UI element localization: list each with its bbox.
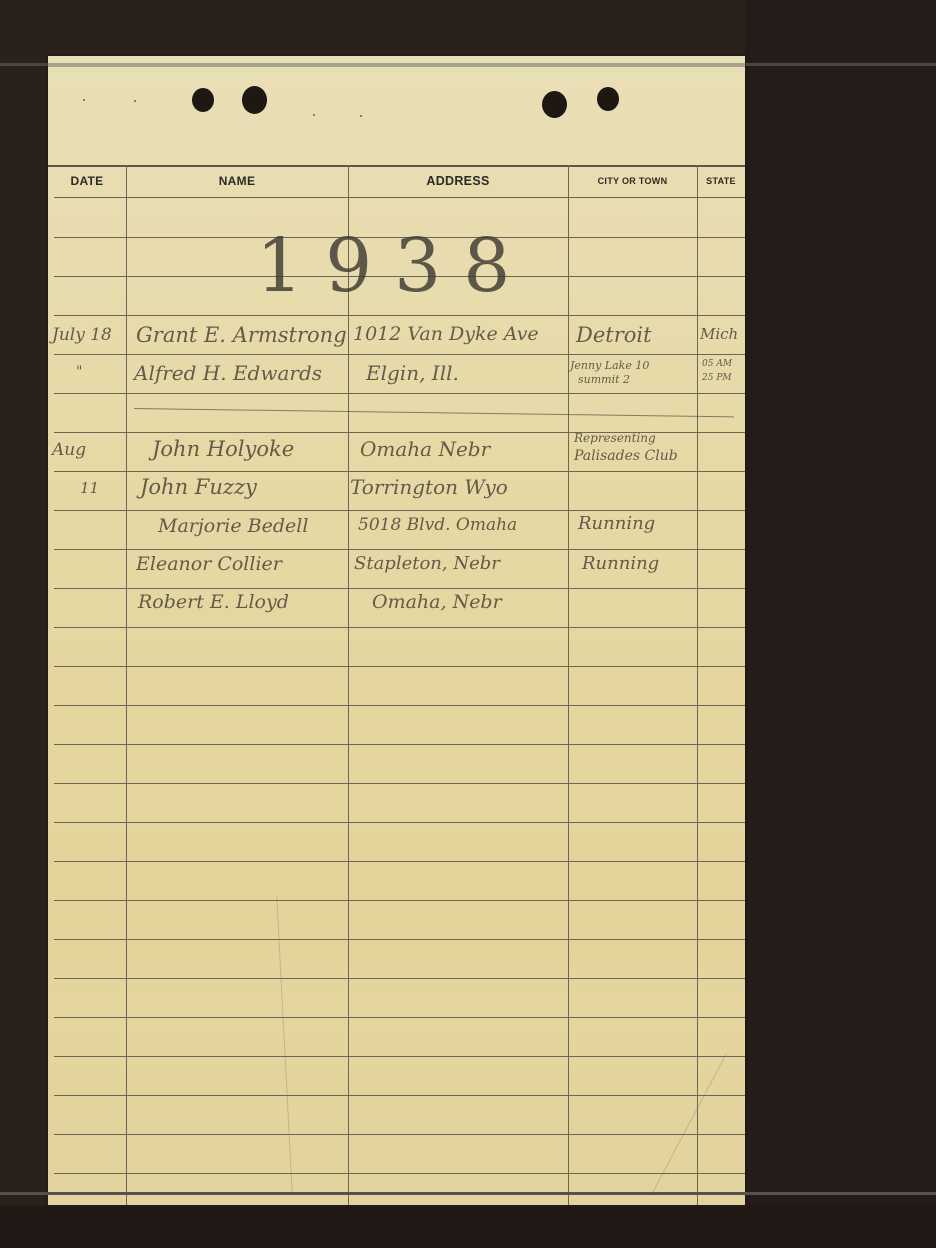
entry-5-city: Running — [578, 513, 655, 534]
paper-crease — [651, 1054, 727, 1196]
row-rule — [54, 744, 745, 745]
column-rule-city — [697, 165, 698, 1206]
row-rule — [54, 939, 745, 940]
mount-rail-bottom — [0, 1192, 936, 1195]
entry-2-name: Alfred H. Edwards — [134, 361, 322, 385]
row-rule — [54, 510, 745, 511]
row-rule — [54, 666, 745, 667]
row-rule — [54, 900, 745, 901]
row-rule — [54, 471, 745, 472]
paper-speck — [83, 99, 85, 101]
row-rule — [54, 1056, 745, 1057]
entry-3-city-line2: Palisades Club — [574, 448, 678, 464]
entry-3-date: Aug — [52, 440, 86, 460]
row-rule — [54, 783, 745, 784]
row-rule — [54, 627, 745, 628]
header-top-rule — [48, 165, 745, 167]
row-rule — [54, 354, 745, 355]
paper-speck — [360, 115, 362, 117]
row-rule — [54, 549, 745, 550]
paper-speck — [313, 114, 315, 116]
entry-2-state-line2: 25 PM — [702, 373, 732, 383]
row-rule — [54, 978, 745, 979]
row-rule — [54, 393, 745, 394]
entry-7-name: Robert E. Lloyd — [138, 591, 289, 613]
entry-4-name: John Fuzzy — [140, 475, 257, 499]
background-right — [745, 0, 936, 1248]
binder-hole-3 — [542, 91, 567, 118]
entry-2-address: Elgin, Ill. — [366, 361, 459, 385]
binder-hole-1 — [192, 88, 214, 112]
year-heading: 1938 — [256, 223, 532, 309]
entry-5-address: 5018 Blvd. Omaha — [358, 515, 517, 535]
binder-hole-2 — [242, 86, 267, 114]
entry-2-date: " — [76, 364, 82, 380]
paper-speck — [134, 100, 136, 102]
header-bottom-rule — [54, 197, 745, 198]
column-rule-name — [348, 165, 349, 1206]
ledger-table: DATE NAME ADDRESS CITY OR TOWN STATE — [48, 165, 745, 1206]
binder-hole-4 — [597, 87, 619, 111]
entry-1-city: Detroit — [576, 323, 652, 347]
row-rule — [54, 1134, 745, 1135]
entry-1-name: Grant E. Armstrong — [136, 323, 347, 347]
row-rule — [54, 705, 745, 706]
entry-6-address: Stapleton, Nebr — [354, 553, 500, 574]
entry-1-address: 1012 Van Dyke Ave — [353, 323, 539, 345]
entry-3-address: Omaha Nebr — [360, 437, 490, 461]
entry-2-city-line2: summit 2 — [578, 373, 630, 386]
entry-3-name: John Holyoke — [152, 437, 294, 461]
entry-5-name: Marjorie Bedell — [158, 515, 308, 537]
entry-1-state: Mich — [700, 325, 738, 343]
row-rule — [54, 861, 745, 862]
column-header-name: NAME — [126, 174, 348, 188]
row-rule — [54, 1095, 745, 1096]
row-rule — [54, 1017, 745, 1018]
background-bottom — [0, 1205, 936, 1248]
row-rule — [54, 822, 745, 823]
column-header-address: ADDRESS — [348, 174, 568, 188]
entry-2-city: Jenny Lake 10 — [570, 359, 649, 372]
entry-1-date: July 18 — [52, 325, 112, 345]
entry-2-state: 05 AM — [702, 359, 732, 369]
entry-7-address: Omaha, Nebr — [372, 591, 502, 613]
entry-6-name: Eleanor Collier — [136, 553, 282, 575]
top-band — [48, 63, 745, 67]
paper-crease — [276, 895, 293, 1195]
entry-3-city: Representing — [574, 431, 656, 445]
column-rule-date — [126, 165, 127, 1206]
column-header-city: CITY OR TOWN — [568, 176, 697, 186]
pencil-stroke — [134, 408, 734, 417]
ledger-page: DATE NAME ADDRESS CITY OR TOWN STATE — [48, 56, 745, 1206]
column-header-state: STATE — [697, 176, 745, 186]
column-rule-address — [568, 165, 569, 1206]
row-rule — [54, 588, 745, 589]
entry-4-address: Torrington Wyo — [350, 475, 508, 499]
entry-4-date: 11 — [80, 479, 99, 497]
column-header-date: DATE — [48, 174, 126, 188]
row-rule — [54, 1173, 745, 1174]
row-rule — [54, 315, 745, 316]
entry-6-city: Running — [582, 553, 659, 574]
